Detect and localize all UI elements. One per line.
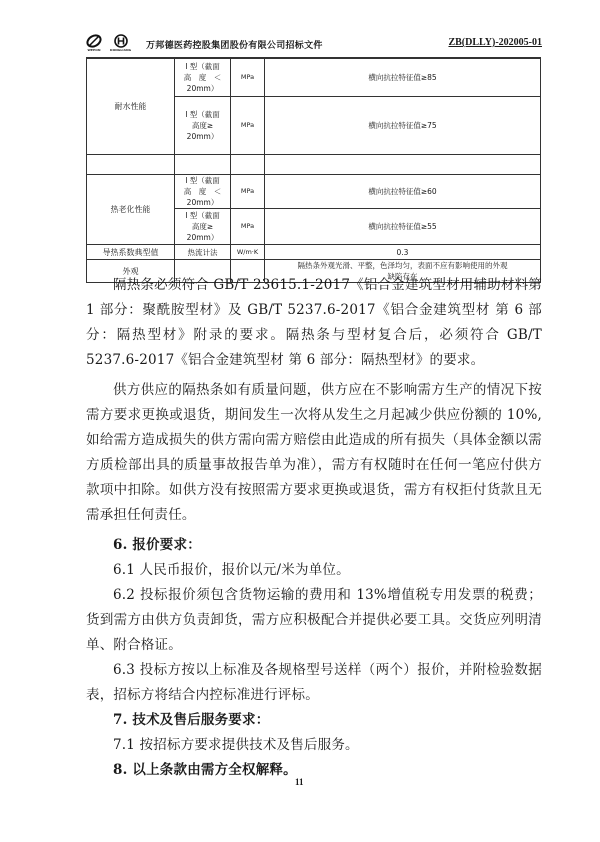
wepon-logo-icon	[86, 34, 102, 48]
page-number: 11	[295, 777, 304, 787]
condition-line: 高度≥	[177, 120, 228, 131]
logo-group: WEPON DONGLIANG	[86, 34, 131, 52]
table-row: 导热系数典型值 热流计法 W/m·K 0.3	[87, 245, 541, 260]
condition-line: I 型（截面	[177, 175, 228, 186]
empty-cell	[265, 155, 541, 175]
table-row: 耐水性能 I 型（截面 高 度 ＜ 20mm） MPa 横向抗拉特征值≥85	[87, 59, 541, 97]
condition-line: I 型（截面	[177, 61, 228, 72]
property-cell: 热老化性能	[87, 175, 175, 245]
condition-line: 20mm）	[177, 232, 228, 243]
unit-cell: W/m·K	[231, 245, 265, 260]
condition-cell: I 型（截面 高度≥ 20mm）	[175, 97, 231, 155]
unit-cell: MPa	[231, 209, 265, 245]
wepon-logo: WEPON	[86, 34, 102, 52]
document-number: ZB(DLLY)-202005-01	[448, 37, 542, 48]
section-6-title: 6. 报价要求：	[86, 533, 542, 558]
property-cell: 耐水性能	[87, 59, 175, 155]
section-8-title: 8. 以上条款由需方全权解释。	[86, 758, 542, 783]
section-6-2: 6.2 投标报价须包含货物运输的费用和 13%增值税专用发票的税费；货到需方由供…	[86, 583, 542, 658]
unit-cell: MPa	[231, 175, 265, 209]
condition-cell: I 型（截面 高 度 ＜ 20mm）	[175, 59, 231, 97]
condition-cell: I 型（截面 高度≥ 20mm）	[175, 209, 231, 245]
section-6-3: 6.3 投标方按以上标准及各规格型号送样（两个）报价，并附检验数据表，招标方将结…	[86, 658, 542, 708]
condition-line: 20mm）	[177, 197, 228, 208]
condition-cell: 热流计法	[175, 245, 231, 260]
condition-line: 高 度 ＜	[177, 72, 228, 83]
standard-paragraph: 隔热条必须符合 GB/T 23615.1-2017《铝合金建筑型材用辅助材料第 …	[86, 273, 542, 373]
condition-line: 高度≥	[177, 221, 228, 232]
empty-cell	[87, 155, 175, 175]
condition-line: 高 度 ＜	[177, 186, 228, 197]
table-row-spacer	[87, 155, 541, 175]
condition-line: 20mm）	[177, 83, 228, 94]
dongliang-logo: DONGLIANG	[110, 34, 131, 52]
wepon-caption: WEPON	[87, 48, 100, 52]
value-cell: 横向抗拉特征值≥60	[265, 175, 541, 209]
section-7-1: 7.1 按招标方要求提供技术及售后服务。	[86, 733, 542, 758]
quality-paragraph: 供方供应的隔热条如有质量问题，供方应在不影响需方生产的情况下按需方要求更换或退货…	[86, 378, 542, 528]
value-cell: 0.3	[265, 245, 541, 260]
value-cell: 横向抗拉特征值≥85	[265, 59, 541, 97]
appearance-line: 隔热条外观光滑、平整，色泽均匀，表面不应有影响使用的外观	[267, 260, 538, 271]
condition-line: 20mm）	[177, 131, 228, 142]
empty-cell	[231, 155, 265, 175]
value-cell: 横向抗拉特征值≥75	[265, 97, 541, 155]
unit-cell: MPa	[231, 59, 265, 97]
value-cell: 横向抗拉特征值≥55	[265, 209, 541, 245]
section-6-1: 6.1 人民币报价，报价以元/米为单位。	[86, 558, 542, 583]
property-cell: 导热系数典型值	[87, 245, 175, 260]
page-header: WEPON DONGLIANG 万邦德医药控股集团股份有限公司招标文件 ZB(D…	[86, 34, 542, 56]
section-7-title: 7. 技术及售后服务要求：	[86, 708, 542, 733]
condition-line: I 型（截面	[177, 109, 228, 120]
condition-cell: I 型（截面 高 度 ＜ 20mm）	[175, 175, 231, 209]
dongliang-caption: DONGLIANG	[110, 48, 131, 52]
condition-line: I 型（截面	[177, 210, 228, 221]
company-title: 万邦德医药控股集团股份有限公司招标文件	[146, 38, 323, 51]
body-text: 隔热条必须符合 GB/T 23615.1-2017《铝合金建筑型材用辅助材料第 …	[86, 273, 542, 783]
unit-cell: MPa	[231, 97, 265, 155]
spec-table: 耐水性能 I 型（截面 高 度 ＜ 20mm） MPa 横向抗拉特征值≥85 I…	[86, 58, 541, 283]
empty-cell	[175, 155, 231, 175]
dongliang-logo-icon	[114, 34, 128, 48]
table-row: 热老化性能 I 型（截面 高 度 ＜ 20mm） MPa 横向抗拉特征值≥60	[87, 175, 541, 209]
